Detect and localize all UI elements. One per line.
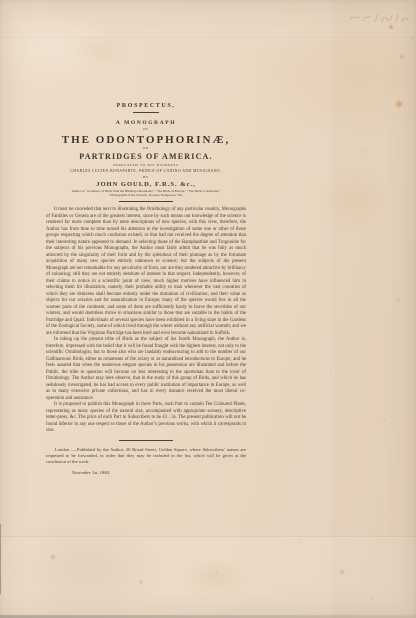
series-line: A MONOGRAPH bbox=[46, 120, 246, 126]
fold-crease-horizontal bbox=[0, 37, 416, 39]
main-title: THE ODONTOPHORINÆ, bbox=[46, 134, 246, 146]
paper-edge-shadow bbox=[0, 524, 1, 594]
divider-rule bbox=[119, 440, 173, 441]
subtitle: PARTRIDGES OF AMERICA. bbox=[46, 152, 246, 161]
prospectus-heading: PROSPECTUS, bbox=[46, 103, 246, 109]
divider-rule bbox=[133, 112, 159, 113]
date-line: November 1st, 1844. bbox=[72, 470, 246, 475]
fold-crease-vertical bbox=[331, 0, 333, 538]
imprint-paragraph: London :—Published by the Author, 20 Bro… bbox=[46, 447, 246, 466]
fold-crease-horizontal bbox=[0, 536, 416, 538]
age-stain bbox=[180, 560, 250, 594]
prospectus-text: It must be conceded that next to illustr… bbox=[46, 207, 246, 475]
pencil-inscription bbox=[346, 6, 410, 30]
author-credits-line2: “Monographs of the Toucans, Trogons, Kan… bbox=[46, 194, 246, 198]
divider-rule bbox=[119, 201, 173, 202]
body-paragraph-3: It is proposed to publish this Monograph… bbox=[46, 402, 246, 435]
of-word: OF bbox=[46, 128, 246, 132]
or-word: OR bbox=[46, 147, 246, 151]
body-paragraph-1: It must be conceded that next to illustr… bbox=[46, 207, 246, 337]
age-stain bbox=[320, 170, 390, 230]
paper-tone-band bbox=[333, 0, 416, 618]
body-paragraph-2: In taking up the present tribe of Birds … bbox=[46, 337, 246, 402]
author-name: JOHN GOULD, F.R.S. &c., bbox=[46, 181, 246, 188]
dedication-name: CHARLES LUCIEN BONAPARTE, PRINCE OF CANI… bbox=[46, 169, 246, 173]
foxing-spots bbox=[0, 0, 2, 2]
by-word: BY bbox=[46, 176, 246, 180]
dedication-intro: DEDICATED TO HIS HIGHNESS bbox=[46, 164, 246, 168]
prospectus-sheet: PROSPECTUS, A MONOGRAPH OF THE ODONTOPHO… bbox=[0, 0, 416, 618]
age-stain bbox=[70, 35, 125, 65]
title-block: PROSPECTUS, A MONOGRAPH OF THE ODONTOPHO… bbox=[46, 103, 246, 202]
paper-tone-band bbox=[0, 538, 416, 618]
photograph-of-prospectus: PROSPECTUS, A MONOGRAPH OF THE ODONTOPHO… bbox=[0, 0, 416, 618]
